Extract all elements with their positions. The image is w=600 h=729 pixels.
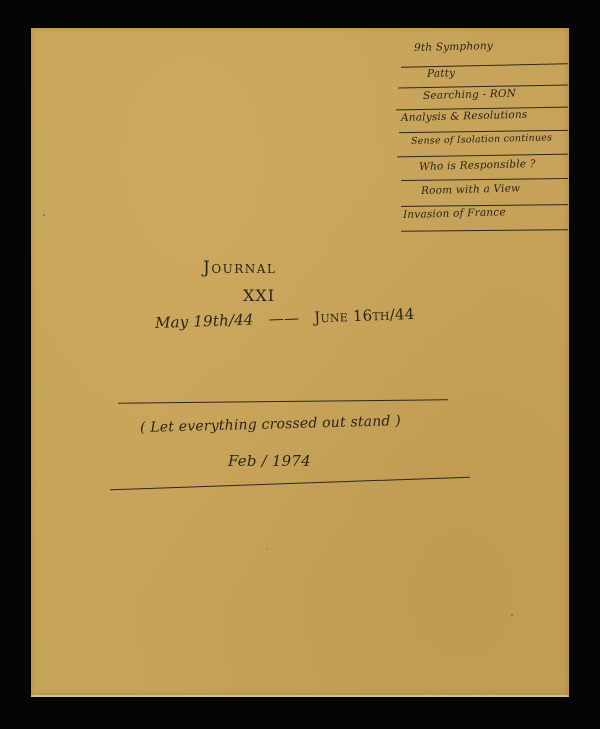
ruled-line xyxy=(401,229,568,232)
ruled-line xyxy=(401,178,568,181)
paper-speck xyxy=(511,614,513,616)
divider-line xyxy=(110,477,470,491)
annotation-note: ( Let everything crossed out stand ) xyxy=(140,413,401,436)
volume-number: XXI xyxy=(243,286,275,305)
contents-item: Invasion of France xyxy=(403,206,506,221)
divider-line xyxy=(118,399,448,404)
ruled-line xyxy=(397,154,568,158)
contents-item: Patty xyxy=(427,67,456,80)
contents-item: Searching - RON xyxy=(423,88,516,102)
paper-speck xyxy=(266,548,268,550)
contents-item: Room with a View xyxy=(421,182,521,197)
journal-title: Journal xyxy=(203,258,276,278)
contents-item: Analysis & Resolutions xyxy=(401,109,528,124)
contents-item: Who is Responsible ? xyxy=(419,158,536,173)
date-end: June 16th/44 xyxy=(314,305,415,326)
journal-cover: 9th Symphony Patty Searching - RON Analy… xyxy=(31,28,569,697)
paper-speck xyxy=(43,214,45,216)
contents-item: Sense of Isolation continues xyxy=(411,132,552,147)
annotation-date: Feb / 1974 xyxy=(228,452,311,470)
date-start: May 19th/44 xyxy=(155,311,254,332)
date-range: May 19th/44 —— June 16th/44 xyxy=(155,304,415,332)
date-separator: —— xyxy=(268,309,299,328)
contents-item: 9th Symphony xyxy=(414,40,493,54)
